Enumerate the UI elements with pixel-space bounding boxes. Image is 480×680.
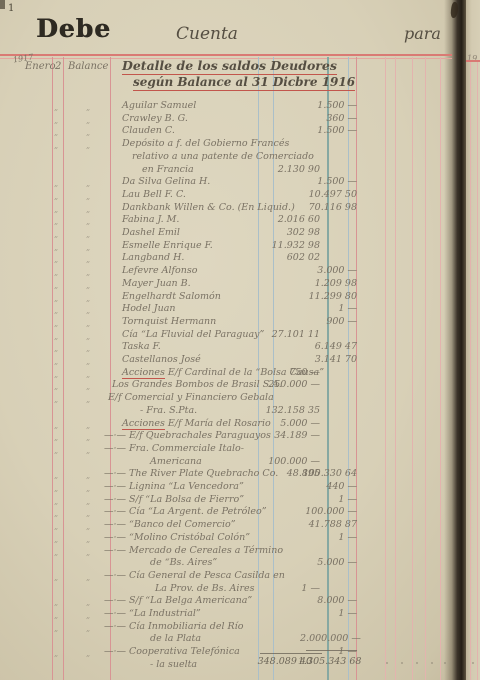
ditto-mark: „ bbox=[86, 343, 90, 354]
ditto-mark: „ bbox=[86, 331, 90, 342]
entry-label: Fabina J. M. bbox=[122, 214, 179, 225]
ditto-mark: „ bbox=[86, 648, 90, 659]
ditto-mark: „ bbox=[86, 267, 90, 278]
ditto-mark: „ bbox=[54, 280, 58, 291]
ledger-row: de la Plata2.000.000 — bbox=[0, 633, 470, 646]
ditto-mark: „ bbox=[54, 572, 58, 583]
ditto-mark: „ bbox=[86, 381, 90, 392]
amount-col2: 2.000.000 — bbox=[300, 633, 357, 644]
ledger-row: „„—·— S/f “La Bolsa de Fierro”1 — bbox=[0, 494, 470, 507]
amount-col2: 41.788 87 bbox=[300, 519, 357, 530]
entry-day: 2 bbox=[55, 61, 61, 72]
ledger-row: „„Taska F.6.149 47 bbox=[0, 341, 470, 354]
entry-label: —·— “La Industrial” bbox=[104, 608, 201, 619]
entry-label: Hodel Juan bbox=[122, 303, 175, 314]
ledger-row: „„Da Silva Gelina H.1.500 — bbox=[0, 176, 470, 189]
ledger-row: „„Engelhardt Salomón11.299 80 bbox=[0, 291, 470, 304]
entry-label: La Prov. de Bs. Aires bbox=[155, 583, 254, 594]
amount-col1: 100.000 — bbox=[252, 456, 320, 467]
amount-col1: 132.158 35 bbox=[252, 405, 320, 416]
ditto-mark: „ bbox=[54, 648, 58, 659]
ditto-mark: „ bbox=[54, 356, 58, 367]
ditto-mark: „ bbox=[54, 216, 58, 227]
ditto-mark: „ bbox=[86, 280, 90, 291]
ditto-mark: „ bbox=[54, 127, 58, 138]
entry-label: Taska F. bbox=[122, 341, 161, 352]
next-page-rule-2 bbox=[477, 62, 478, 680]
para-header: para bbox=[404, 24, 441, 43]
ditto-mark: „ bbox=[54, 229, 58, 240]
ditto-mark: „ bbox=[86, 140, 90, 151]
ledger-row: „„Lau Bell F. C.10.497 50 bbox=[0, 189, 470, 202]
ledger-row: „„Esmelle Enrique F.11.932 98 bbox=[0, 240, 470, 253]
entry-label: Clauden C. bbox=[122, 125, 175, 136]
ditto-mark: „ bbox=[86, 483, 90, 494]
ledger-row: „„—·— “Banco del Comercio”41.788 87 bbox=[0, 519, 470, 532]
ditto-mark: „ bbox=[86, 547, 90, 558]
amount-col2: 100.330 64 bbox=[300, 468, 357, 479]
ditto-mark: „ bbox=[86, 597, 90, 608]
ledger-row: „„Lefevre Alfonso3.000 — bbox=[0, 265, 470, 278]
ditto-mark: „ bbox=[86, 115, 90, 126]
ditto-mark: „ bbox=[86, 521, 90, 532]
ledger-row: „„Acciones E/f María del Rosario5.000 — bbox=[0, 418, 470, 431]
ditto-mark: „ bbox=[86, 356, 90, 367]
ditto-mark: „ bbox=[54, 432, 58, 443]
ditto-mark: „ bbox=[54, 623, 58, 634]
entry-month: Enero bbox=[25, 61, 55, 72]
ditto-mark: „ bbox=[86, 305, 90, 316]
ledger-row: „„Acciones E/f Cardinal de la “Bolsa Cau… bbox=[0, 367, 470, 380]
entry-label: E/f Comercial y Financiero Gebala bbox=[108, 392, 274, 403]
page-number: 1 bbox=[8, 3, 14, 14]
entry-label: - la suelta bbox=[150, 659, 197, 670]
entry-concept: Balance bbox=[68, 61, 108, 72]
amount-col2: 900 — bbox=[300, 316, 357, 327]
ditto-mark: „ bbox=[54, 597, 58, 608]
entry-label: —·— Mercado de Cereales a Término bbox=[104, 545, 283, 556]
ditto-mark: „ bbox=[54, 242, 58, 253]
ledger-row: „„—·— E/f Quebrachales Paraguayos34.189 … bbox=[0, 430, 470, 443]
amount-col2: 3.141 70 bbox=[300, 354, 357, 365]
ledger-row: „„—·— Cía “La Argent. de Petróleo”100.00… bbox=[0, 506, 470, 519]
ditto-mark: „ bbox=[54, 191, 58, 202]
amount-col2: 1 — bbox=[300, 494, 357, 505]
ledger-page: 1 Debe Cuenta para 19 1917 Enero 2 Balan… bbox=[0, 0, 480, 680]
ditto-mark: „ bbox=[54, 547, 58, 558]
ledger-row: „„Mayer Juan B.1.209 98 bbox=[0, 278, 470, 291]
ditto-mark: „ bbox=[86, 242, 90, 253]
amount-col2: 1.500 — bbox=[300, 176, 357, 187]
entry-label: —·— “Banco del Comercio” bbox=[104, 519, 236, 530]
ledger-row: „„—·— The River Plate Quebracho Co.48.89… bbox=[0, 468, 470, 481]
ledger-row: „„Fabina J. M.2.016 60 bbox=[0, 214, 470, 227]
entry-label-underlined: Acciones bbox=[122, 367, 165, 379]
entry-label: Engelhardt Salomón bbox=[122, 291, 221, 302]
ledger-row: „„Cía “La Fluvial del Paraguay”27.101 11 bbox=[0, 329, 470, 342]
statement-title-line1: Detalle de los saldos Deudores bbox=[122, 58, 337, 75]
tick-dot bbox=[472, 662, 474, 664]
entry-label: —·— E/f Quebrachales Paraguayos bbox=[104, 430, 271, 441]
entry-label: Mayer Juan B. bbox=[122, 278, 191, 289]
amount-col2: 70.116 98 bbox=[300, 202, 357, 213]
ditto-mark: „ bbox=[86, 610, 90, 621]
ledger-row: La Prov. de Bs. Aires1 — bbox=[0, 583, 470, 596]
ditto-mark: „ bbox=[54, 420, 58, 431]
amount-col1: 11.932 98 bbox=[252, 240, 320, 251]
ditto-mark: „ bbox=[54, 445, 58, 456]
ledger-row: - Fra. S.Pta.132.158 35 bbox=[0, 405, 470, 418]
ditto-mark: „ bbox=[86, 369, 90, 380]
ledger-row: „„Hodel Juan1 — bbox=[0, 303, 470, 316]
entry-label: Crawley B. G. bbox=[122, 113, 188, 124]
ditto-mark: „ bbox=[86, 127, 90, 138]
next-page-rule-1 bbox=[470, 62, 471, 680]
amount-col2: 1 — bbox=[300, 608, 357, 619]
ledger-row: en Francia2.130 90 bbox=[0, 164, 470, 177]
ditto-mark: „ bbox=[86, 191, 90, 202]
ledger-row: „„Clauden C.1.500 — bbox=[0, 125, 470, 138]
entry-label: Cía “La Fluvial del Paraguay” bbox=[122, 329, 264, 340]
entry-label: en Francia bbox=[142, 164, 194, 175]
entry-label: —·— Lignina “La Vencedora” bbox=[104, 481, 244, 492]
tick-dot bbox=[431, 662, 433, 664]
ditto-mark: „ bbox=[86, 254, 90, 265]
ledger-row: „„Langband H.602 02 bbox=[0, 252, 470, 265]
amount-col2: 440 — bbox=[300, 481, 357, 492]
amount-col2: 1 — bbox=[300, 532, 357, 543]
ditto-mark: „ bbox=[54, 381, 58, 392]
entry-label: Depósito a f. del Gobierno Francés bbox=[122, 138, 289, 149]
entry-label: —·— S/f “La Bolsa de Fierro” bbox=[104, 494, 244, 505]
ledger-row: - la suelta bbox=[0, 659, 470, 672]
ledger-row: „„—·— S/f “La Belga Americana”8.000 — bbox=[0, 595, 470, 608]
ditto-mark: „ bbox=[54, 508, 58, 519]
ditto-mark: „ bbox=[54, 610, 58, 621]
ledger-row: „„Crawley B. G.360 — bbox=[0, 113, 470, 126]
ledger-row: „„Depósito a f. del Gobierno Francés bbox=[0, 138, 470, 151]
amount-col2: 1.209 98 bbox=[300, 278, 357, 289]
ditto-mark: „ bbox=[54, 293, 58, 304]
amount-col1: 2.016 60 bbox=[252, 214, 320, 225]
ledger-row: „„—·— Fra. Commerciale Italo- bbox=[0, 443, 470, 456]
total-amount-col2: 1.305.343 68 bbox=[298, 656, 357, 667]
entry-label: Aguilar Samuel bbox=[122, 100, 196, 111]
ditto-mark: „ bbox=[86, 508, 90, 519]
ditto-mark: „ bbox=[54, 204, 58, 215]
entry-label: —·— S/f “La Belga Americana” bbox=[104, 595, 252, 606]
amount-col1: 750 — bbox=[252, 367, 320, 378]
ditto-mark: „ bbox=[86, 432, 90, 443]
ledger-row: „„Castellanos José3.141 70 bbox=[0, 354, 470, 367]
ledger-row: „„—·— Lignina “La Vencedora”440 — bbox=[0, 481, 470, 494]
ditto-mark: „ bbox=[86, 216, 90, 227]
amount-col2: 11.299 80 bbox=[300, 291, 357, 302]
statement-title-line2: según Balance al 31 Dicbre 1916 bbox=[133, 75, 355, 91]
entry-label-underlined: Acciones bbox=[122, 418, 165, 430]
ditto-mark: „ bbox=[86, 394, 90, 405]
ledger-row: „„Dankbank Willen & Co. (En Liquid.)70.1… bbox=[0, 202, 470, 215]
amount-col2: 6.149 47 bbox=[300, 341, 357, 352]
ditto-mark: „ bbox=[54, 254, 58, 265]
ledger-row: „„—·— Cía Inmobiliaria del Río bbox=[0, 621, 470, 634]
ditto-mark: „ bbox=[54, 521, 58, 532]
tick-dot bbox=[416, 662, 418, 664]
ditto-mark: „ bbox=[86, 534, 90, 545]
ledger-row: „„E/f Comercial y Financiero Gebala bbox=[0, 392, 470, 405]
entry-label: —·— Fra. Commerciale Italo- bbox=[104, 443, 244, 454]
ditto-mark: „ bbox=[86, 318, 90, 329]
ditto-mark: „ bbox=[86, 496, 90, 507]
amount-col2: 3.000 — bbox=[300, 265, 357, 276]
ditto-mark: „ bbox=[54, 343, 58, 354]
ditto-mark: „ bbox=[86, 229, 90, 240]
ditto-mark: „ bbox=[54, 534, 58, 545]
entry-label: Langband H. bbox=[122, 252, 184, 263]
amount-col1: 27.101 11 bbox=[252, 329, 320, 340]
amount-col2: 360 — bbox=[300, 113, 357, 124]
amount-col1: 602 02 bbox=[252, 252, 320, 263]
total-rule-col2 bbox=[306, 650, 357, 651]
entry-label: de la Plata bbox=[150, 633, 201, 644]
entry-label: Acciones E/f María del Rosario bbox=[122, 418, 271, 429]
ledger-row: relativo a una patente de Comerciado bbox=[0, 151, 470, 164]
ditto-mark: „ bbox=[86, 470, 90, 481]
ditto-mark: „ bbox=[54, 470, 58, 481]
ditto-mark: „ bbox=[54, 483, 58, 494]
ditto-mark: „ bbox=[54, 115, 58, 126]
entry-label: de “Bs. Aires” bbox=[150, 557, 217, 568]
entry-label: Dashel Emil bbox=[122, 227, 180, 238]
tick-dot bbox=[444, 662, 446, 664]
amount-col2: 10.497 50 bbox=[300, 189, 357, 200]
ditto-mark: „ bbox=[86, 623, 90, 634]
debit-header: Debe bbox=[36, 14, 111, 43]
entry-label: —·— Cía “La Argent. de Petróleo” bbox=[104, 506, 267, 517]
ditto-mark: „ bbox=[54, 305, 58, 316]
ditto-mark: „ bbox=[86, 293, 90, 304]
ditto-mark: „ bbox=[54, 267, 58, 278]
amount-col1: 302 98 bbox=[252, 227, 320, 238]
page-corner-mark bbox=[0, 0, 5, 9]
ditto-mark: „ bbox=[54, 394, 58, 405]
total-rule-col1 bbox=[260, 653, 322, 654]
amount-col1: 34.189 — bbox=[252, 430, 320, 441]
amount-col2: 5.000 — bbox=[300, 557, 357, 568]
ditto-mark: „ bbox=[54, 331, 58, 342]
ditto-mark: „ bbox=[86, 420, 90, 431]
ditto-mark: „ bbox=[54, 102, 58, 113]
ledger-row: „„—·— “Molino Cristóbal Colón”1 — bbox=[0, 532, 470, 545]
amount-col1: 2.130 90 bbox=[252, 164, 320, 175]
ledger-row: „„—·— Cía General de Pesca Casilda en bbox=[0, 570, 470, 583]
ledger-row: „„—·— Mercado de Cereales a Término bbox=[0, 545, 470, 558]
ledger-row: „„Los Grandes Bombos de Brasil S.A.250.0… bbox=[0, 379, 470, 392]
ditto-mark: „ bbox=[86, 204, 90, 215]
ditto-mark: „ bbox=[86, 178, 90, 189]
ledger-row: „„—·— Cooperativa Telefónica1 — bbox=[0, 646, 470, 659]
amount-col2: 1.500 — bbox=[300, 100, 357, 111]
ditto-mark: „ bbox=[54, 140, 58, 151]
entry-label: Tornquist Hermann bbox=[122, 316, 216, 327]
ditto-mark: „ bbox=[86, 102, 90, 113]
amount-col2: 1 — bbox=[300, 303, 357, 314]
entry-label: —·— Cía General de Pesca Casilda en bbox=[104, 570, 285, 581]
ledger-row: „„—·— “La Industrial”1 — bbox=[0, 608, 470, 621]
tick-dot bbox=[386, 662, 388, 664]
entry-label: Lau Bell F. C. bbox=[122, 189, 186, 200]
ledger-row: de “Bs. Aires”5.000 — bbox=[0, 557, 470, 570]
amount-col2: 1.500 — bbox=[300, 125, 357, 136]
ditto-mark: „ bbox=[54, 496, 58, 507]
amount-col1: 5.000 — bbox=[252, 418, 320, 429]
ledger-row: „„Dashel Emil302 98 bbox=[0, 227, 470, 240]
account-header: Cuenta bbox=[176, 24, 238, 44]
entry-label: —·— “Molino Cristóbal Colón” bbox=[104, 532, 250, 543]
amount-col2: 8.000 — bbox=[300, 595, 357, 606]
entry-label: relativo a una patente de Comerciado bbox=[132, 151, 314, 162]
amount-col1: 250.000 — bbox=[252, 379, 320, 390]
ledger-row: „„Aguilar Samuel1.500 — bbox=[0, 100, 470, 113]
entry-label: Americana bbox=[150, 456, 202, 467]
entry-label: Dankbank Willen & Co. (En Liquid.) bbox=[122, 202, 295, 213]
ditto-mark: „ bbox=[54, 318, 58, 329]
ditto-mark: „ bbox=[86, 572, 90, 583]
ditto-mark: „ bbox=[54, 178, 58, 189]
ledger-row: Americana100.000 — bbox=[0, 456, 470, 469]
entry-label: —·— Cía Inmobiliaria del Río bbox=[104, 621, 243, 632]
header-rule bbox=[0, 54, 452, 56]
entry-label: Lefevre Alfonso bbox=[122, 265, 197, 276]
amount-col1: 1 — bbox=[252, 583, 320, 594]
entry-label: Esmelle Enrique F. bbox=[122, 240, 213, 251]
ditto-mark: „ bbox=[86, 445, 90, 456]
entry-label: Castellanos José bbox=[122, 354, 201, 365]
ditto-mark: „ bbox=[54, 369, 58, 380]
entry-label: Da Silva Gelina H. bbox=[122, 176, 210, 187]
entry-label: - Fra. S.Pta. bbox=[140, 405, 197, 416]
ledger-row: „„Tornquist Hermann900 — bbox=[0, 316, 470, 329]
amount-col2: 100.000 — bbox=[300, 506, 357, 517]
tick-dot bbox=[401, 662, 403, 664]
entry-label: —·— Cooperativa Telefónica bbox=[104, 646, 240, 657]
